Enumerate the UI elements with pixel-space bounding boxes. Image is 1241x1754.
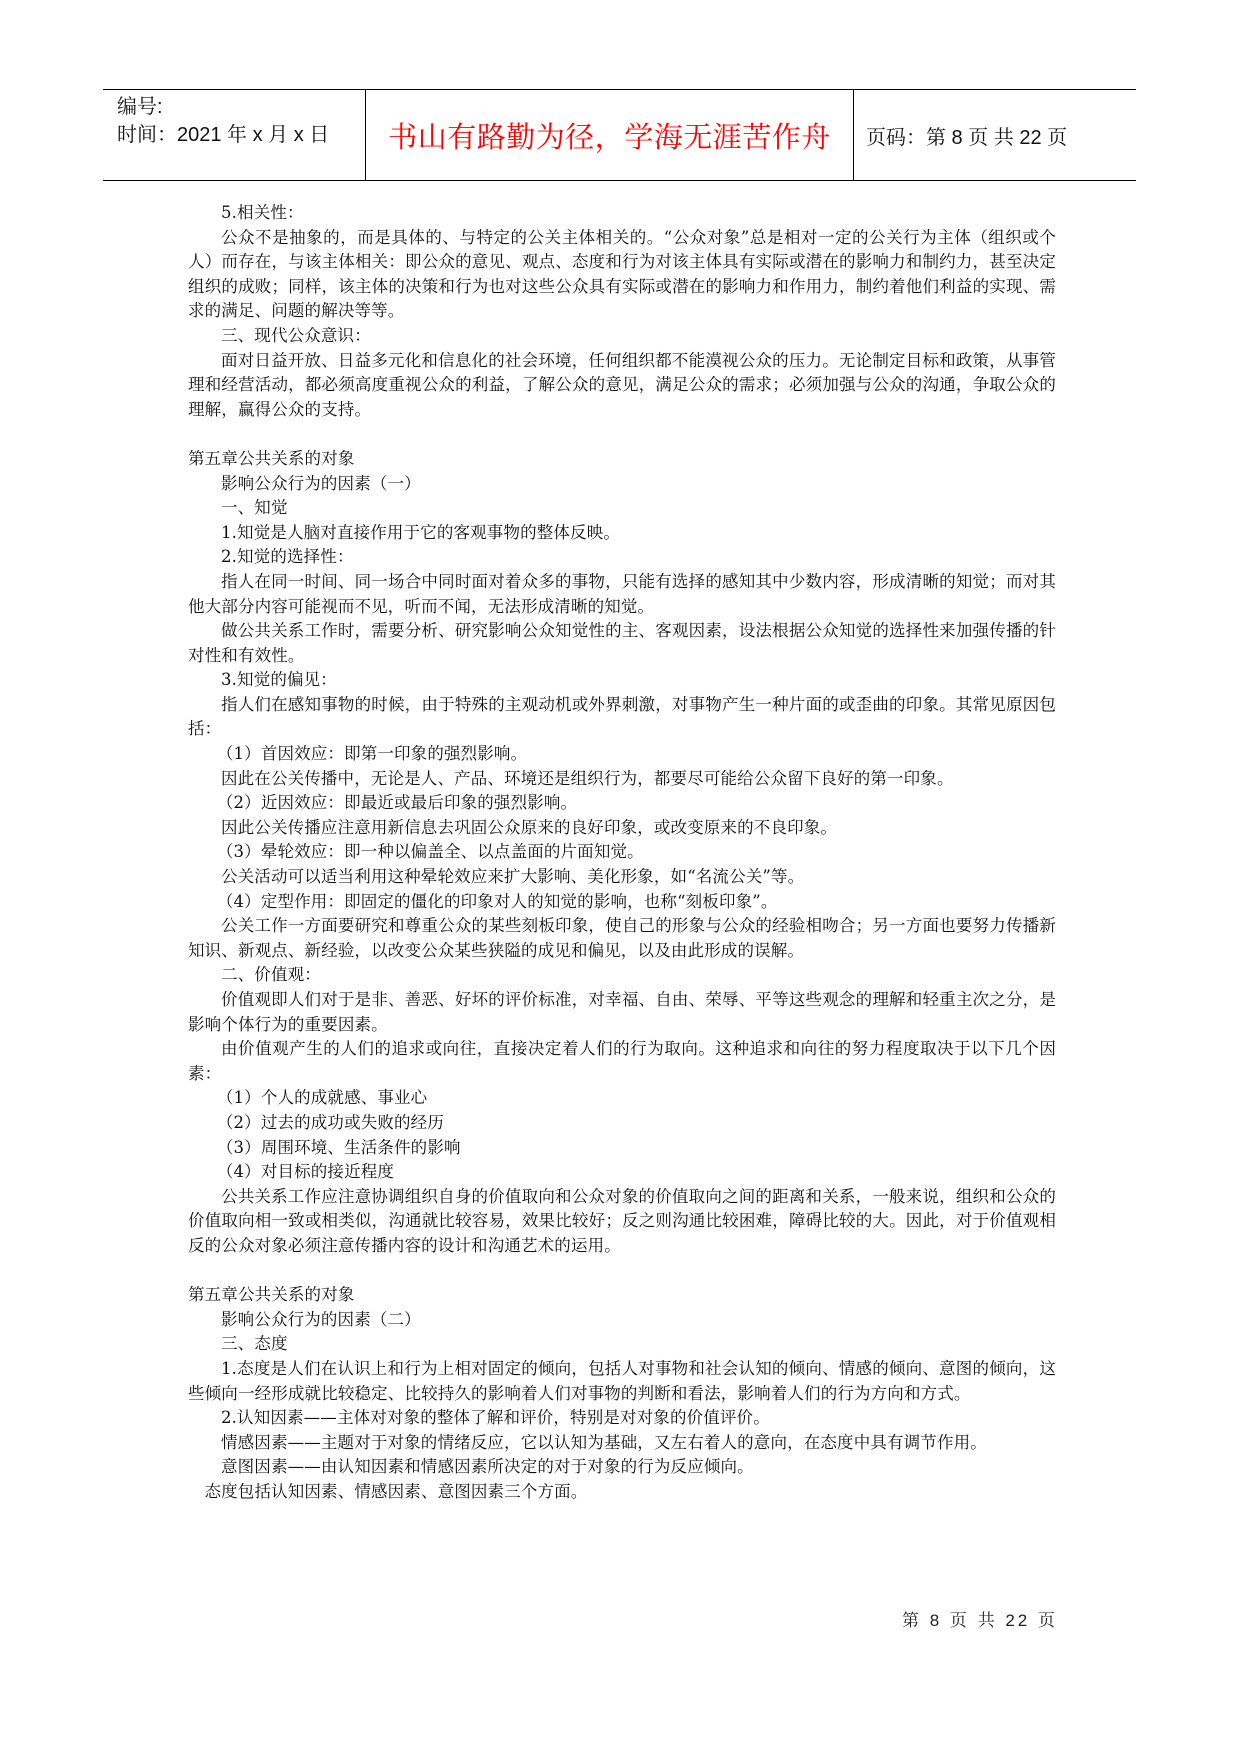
serial-number-label: 编号: xyxy=(117,93,365,121)
header-motto-cell: 书山有路勤为径，学海无涯苦作舟 xyxy=(366,90,854,180)
paragraph: 态度包括认知因素、情感因素、意图因素三个方面。 xyxy=(188,1480,1056,1505)
paragraph: 公关活动可以适当利用这种晕轮效应来扩大影响、美化形象，如“名流公关”等。 xyxy=(188,865,1056,890)
footer-page-number: 第 8 页 共 22 页 xyxy=(902,1611,1058,1630)
paragraph: 意图因素——由认知因素和情感因素所决定的对于对象的行为反应倾向。 xyxy=(188,1455,1056,1480)
header-page-cell: 页码：第 8 页 共 22 页 xyxy=(854,90,1136,180)
list-item: （1）首因效应：即第一印象的强烈影响。 xyxy=(188,742,1056,767)
chapter-title: 第五章公共关系的对象 xyxy=(188,1283,1056,1308)
section-heading: 三、现代公众意识： xyxy=(188,324,1056,349)
section-heading: 一、知觉 xyxy=(188,496,1056,521)
list-item: （2）过去的成功或失败的经历 xyxy=(188,1111,1056,1136)
section-heading: 二、价值观： xyxy=(188,963,1056,988)
date-label: 时间：2021 年 x 月 x 日 xyxy=(117,121,365,149)
paragraph: 因此公关传播应注意用新信息去巩固公众原来的良好印象，或改变原来的不良印象。 xyxy=(188,816,1056,841)
paragraph: 情感因素——主题对于对象的情绪反应，它以认知为基础，又左右着人的意向，在态度中具… xyxy=(188,1431,1056,1456)
spacer xyxy=(188,1259,1056,1284)
paragraph: 1.知觉是人脑对直接作用于它的客观事物的整体反映。 xyxy=(188,521,1056,546)
paragraph: 公共关系工作应注意协调组织自身的价值取向和公众对象的价值取向之间的距离和关系，一… xyxy=(188,1185,1056,1259)
paragraph: 由价值观产生的人们的追求或向往，直接决定着人们的行为取向。这种追求和向往的努力程… xyxy=(188,1037,1056,1086)
document-header: 编号: 时间：2021 年 x 月 x 日 书山有路勤为径，学海无涯苦作舟 页码… xyxy=(103,89,1136,181)
chapter-title: 第五章公共关系的对象 xyxy=(188,447,1056,472)
paragraph: 因此在公关传播中，无论是人、产品、环境还是组织行为，都要尽可能给公众留下良好的第… xyxy=(188,767,1056,792)
list-item: （1）个人的成就感、事业心 xyxy=(188,1086,1056,1111)
list-item: （4）对目标的接近程度 xyxy=(188,1160,1056,1185)
document-body: 5.相关性： 公众不是抽象的，而是具体的、与特定的公关主体相关的。“公众对象”总… xyxy=(188,201,1056,1504)
list-item: （2）近因效应：即最近或最后印象的强烈影响。 xyxy=(188,791,1056,816)
paragraph: 指人在同一时间、同一场合中同时面对着众多的事物，只能有选择的感知其中少数内容，形… xyxy=(188,570,1056,619)
section-heading: 2.知觉的选择性： xyxy=(188,545,1056,570)
page-number-label: 页码：第 8 页 共 22 页 xyxy=(866,121,1067,150)
section-heading: 3.知觉的偏见： xyxy=(188,668,1056,693)
paragraph: 2.认知因素——主体对对象的整体了解和评价，特别是对对象的价值评价。 xyxy=(188,1406,1056,1431)
section-heading: 影响公众行为的因素（一） xyxy=(188,472,1056,497)
section-heading: 三、态度 xyxy=(188,1332,1056,1357)
list-item: （4）定型作用：即固定的僵化的印象对人的知觉的影响，也称“刻板印象”。 xyxy=(188,890,1056,915)
header-meta-cell: 编号: 时间：2021 年 x 月 x 日 xyxy=(103,90,366,180)
paragraph: 公众不是抽象的，而是具体的、与特定的公关主体相关的。“公众对象”总是相对一定的公… xyxy=(188,226,1056,324)
paragraph: 做公共关系工作时，需要分析、研究影响公众知觉性的主、客观因素，设法根据公众知觉的… xyxy=(188,619,1056,668)
list-item: （3）晕轮效应：即一种以偏盖全、以点盖面的片面知觉。 xyxy=(188,840,1056,865)
section-heading: 5.相关性： xyxy=(188,201,1056,226)
paragraph: 面对日益开放、日益多元化和信息化的社会环境，任何组织都不能漠视公众的压力。无论制… xyxy=(188,349,1056,423)
paragraph: 1.态度是人们在认识上和行为上相对固定的倾向，包括人对事物和社会认知的倾向、情感… xyxy=(188,1357,1056,1406)
paragraph: 公关工作一方面要研究和尊重公众的某些刻板印象，使自己的形象与公众的经验相吻合；另… xyxy=(188,914,1056,963)
paragraph: 价值观即人们对于是非、善恶、好坏的评价标准，对幸福、自由、荣辱、平等这些观念的理… xyxy=(188,988,1056,1037)
page-footer: 第 8 页 共 22 页 xyxy=(900,1606,1060,1631)
section-heading: 影响公众行为的因素（二） xyxy=(188,1308,1056,1333)
motto-text: 书山有路勤为径，学海无涯苦作舟 xyxy=(388,115,831,156)
paragraph: 指人们在感知事物的时候，由于特殊的主观动机或外界刺激，对事物产生一种片面的或歪曲… xyxy=(188,693,1056,742)
spacer xyxy=(188,422,1056,447)
list-item: （3）周围环境、生活条件的影响 xyxy=(188,1136,1056,1161)
